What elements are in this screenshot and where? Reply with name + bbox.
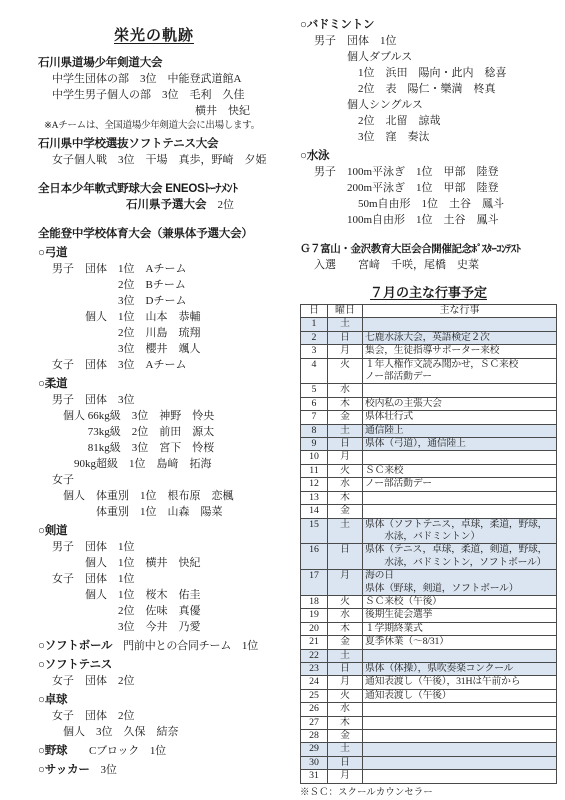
event-cell: 県体（ソフトテニス，卓球，柔道，野球， 水泳，バドミントン） [363, 518, 557, 544]
event-cell [363, 743, 557, 756]
result-line: 73kg級 2位 前田 源太 [38, 424, 300, 440]
result-line: 男子 100m平泳ぎ 1位 甲部 陸登 [300, 164, 557, 180]
weekday-cell: 火 [328, 358, 363, 384]
result-line: 3位 窪 奏汰 [300, 129, 557, 145]
weekday-cell: 日 [328, 662, 363, 675]
result-line: 90kg超級 1位 島﨑 拓海 [38, 456, 300, 472]
result-section: ○ソフトボール 門前中との合同チーム 1位 [38, 638, 300, 654]
day-cell: 20 [301, 622, 328, 635]
weekday-cell: 火 [328, 689, 363, 702]
weekday-cell: 火 [328, 595, 363, 608]
schedule-row: 5水 [301, 384, 557, 397]
day-cell: 29 [301, 743, 328, 756]
result-line: 中学生団体の部 3位 中能登武道館A [38, 71, 300, 87]
left-sections: 石川県道場少年剣道大会中学生団体の部 3位 中能登武道館A中学生男子個人の部 3… [38, 55, 300, 778]
result-line: 女子 団体 2位 [38, 708, 300, 724]
event-cell [363, 505, 557, 518]
result-line: 3位 櫻井 颯人 [38, 341, 300, 357]
event-cell: 通信陸上 [363, 424, 557, 437]
weekday-cell: 土 [328, 424, 363, 437]
result-section: ○野球 Cブロック 1位 [38, 743, 300, 759]
event-cell: 後期生徒会選挙 [363, 609, 557, 622]
weekday-cell: 月 [328, 451, 363, 464]
day-cell: 18 [301, 595, 328, 608]
right-sections: ○バドミントン男子 団体 1位 個人ダブルス 1位 浜田 陽向・此内 稔喜 2位… [300, 17, 557, 273]
weekday-cell: 土 [328, 518, 363, 544]
schedule-row: 8土通信陸上 [301, 424, 557, 437]
day-cell: 24 [301, 676, 328, 689]
day-cell: 12 [301, 478, 328, 491]
day-cell: 27 [301, 716, 328, 729]
day-cell: 13 [301, 491, 328, 504]
section-heading: ○ソフトボール 門前中との合同チーム 1位 [38, 638, 300, 654]
result-section: ○剣道男子 団体 1位 個人 1位 横井 快紀女子 団体 1位 個人 1位 桜木… [38, 523, 300, 635]
event-cell [363, 384, 557, 397]
result-line: 個人 3位 久保 結奈 [38, 724, 300, 740]
schedule-row: 7金県体壮行式 [301, 411, 557, 424]
schedule-footnote: ※ＳＣ：スクールカウンセラー [300, 786, 557, 800]
result-line: 入選 宮﨑 千咲，尾橋 史菜 [300, 257, 557, 273]
day-cell: 19 [301, 609, 328, 622]
day-cell: 3 [301, 345, 328, 358]
result-line: 2位 川島 琉翔 [38, 325, 300, 341]
schedule-row: 19水後期生徒会選挙 [301, 609, 557, 622]
schedule-row: 13木 [301, 491, 557, 504]
day-cell: 5 [301, 384, 328, 397]
section-inline-result: 門前中との合同チーム 1位 [112, 640, 258, 652]
result-line: 個人ダブルス [300, 49, 557, 65]
schedule-row: 18火ＳＣ来校（午後） [301, 595, 557, 608]
schedule-row: 16日県体（テニス，卓球，柔道，剣道，野球， 水泳，バドミントン，ソフトボール） [301, 544, 557, 570]
weekday-cell: 月 [328, 770, 363, 783]
result-section: 全日本少年軟式野球大会 ENEOSﾄｰﾅﾒﾝﾄ石川県予選大会 2位 [38, 181, 300, 213]
day-cell: 2 [301, 331, 328, 344]
weekday-cell: 木 [328, 716, 363, 729]
schedule-row: 22土 [301, 649, 557, 662]
result-line: 個人 1位 横井 快紀 [38, 555, 300, 571]
schedule-row: 28金 [301, 730, 557, 743]
event-cell [363, 318, 557, 331]
day-cell: 17 [301, 570, 328, 596]
event-cell: 県体（テニス，卓球，柔道，剣道，野球， 水泳，バドミントン，ソフトボール） [363, 544, 557, 570]
weekday-cell: 土 [328, 649, 363, 662]
event-cell [363, 703, 557, 716]
weekday-cell: 金 [328, 730, 363, 743]
weekday-cell: 木 [328, 622, 363, 635]
result-section: ○弓道男子 団体 1位 Aチーム 2位 Bチーム 3位 Dチーム 個人 1位 山… [38, 245, 300, 373]
weekday-cell: 水 [328, 384, 363, 397]
result-line: 100m自由形 1位 土谷 鳳斗 [300, 212, 557, 228]
newsletter-page: 栄光の軌跡 石川県道場少年剣道大会中学生団体の部 3位 中能登武道館A中学生男子… [0, 0, 565, 800]
event-cell [363, 451, 557, 464]
result-section: ○バドミントン男子 団体 1位 個人ダブルス 1位 浜田 陽向・此内 稔喜 2位… [300, 17, 557, 145]
result-line: 男子 団体 3位 [38, 392, 300, 408]
day-cell: 21 [301, 636, 328, 649]
schedule-row: 26水 [301, 703, 557, 716]
result-line: 中学生男子個人の部 3位 毛利 久佳 [38, 87, 300, 103]
schedule-row: 15土県体（ソフトテニス，卓球，柔道，野球， 水泳，バドミントン） [301, 518, 557, 544]
weekday-cell: 火 [328, 464, 363, 477]
weekday-cell: 月 [328, 345, 363, 358]
result-line: 女子 団体 2位 [38, 673, 300, 689]
day-cell: 22 [301, 649, 328, 662]
event-cell: 県体壮行式 [363, 411, 557, 424]
day-cell: 14 [301, 505, 328, 518]
result-line: 1位 浜田 陽向・此内 稔喜 [300, 65, 557, 81]
schedule-body: 1土2日七鹿水泳大会，英語検定２次3月集会，生徒指導サポーター来校4火１年人権作… [301, 318, 557, 783]
day-cell: 8 [301, 424, 328, 437]
weekday-cell: 水 [328, 703, 363, 716]
day-cell: 23 [301, 662, 328, 675]
section-heading: ○水泳 [300, 148, 557, 164]
day-cell: 15 [301, 518, 328, 544]
section-heading: 石川県道場少年剣道大会 [38, 55, 300, 71]
result-line: 男子 団体 1位 Aチーム [38, 261, 300, 277]
day-cell: 7 [301, 411, 328, 424]
schedule-row: 10月 [301, 451, 557, 464]
event-cell: 七鹿水泳大会，英語検定２次 [363, 331, 557, 344]
result-line: 2位 佐味 真優 [38, 603, 300, 619]
section-inline-result: Cブロック 1位 [67, 745, 166, 757]
section-heading: 全日本少年軟式野球大会 ENEOSﾄｰﾅﾒﾝﾄ [38, 181, 300, 197]
section-heading: ○弓道 [38, 245, 300, 261]
section-heading: ○柔道 [38, 376, 300, 392]
result-line: 男子 団体 1位 [300, 33, 557, 49]
result-section: ○柔道男子 団体 3位 個人 66kg級 3位 神野 怜央 73kg級 2位 前… [38, 376, 300, 520]
weekday-cell: 日 [328, 438, 363, 451]
weekday-cell: 日 [328, 756, 363, 769]
schedule-row: 12水ノー部活動デー [301, 478, 557, 491]
schedule-row: 20木１学期終業式 [301, 622, 557, 635]
day-cell: 6 [301, 397, 328, 410]
schedule-row: 31月 [301, 770, 557, 783]
section-heading: ○剣道 [38, 523, 300, 539]
section-heading: 全能登中学校体育大会（兼県体予選大会） [38, 226, 300, 242]
day-cell: 25 [301, 689, 328, 702]
result-line: 個人 1位 桜木 佑圭 [38, 587, 300, 603]
day-cell: 10 [301, 451, 328, 464]
section-subheading: 石川県予選大会 2位 [38, 197, 300, 213]
result-section: ○サッカー 3位 [38, 762, 300, 778]
results-left-column: 栄光の軌跡 石川県道場少年剣道大会中学生団体の部 3位 中能登武道館A中学生男子… [12, 8, 300, 800]
result-line: 3位 今井 乃愛 [38, 619, 300, 635]
day-cell: 4 [301, 358, 328, 384]
result-line: 2位 表 陽仁・樂満 柊真 [300, 81, 557, 97]
result-line: 女子 団体 1位 [38, 571, 300, 587]
weekday-column-header: 曜日 [328, 305, 363, 318]
weekday-cell: 日 [328, 331, 363, 344]
day-column-header: 日 [301, 305, 328, 318]
event-column-header: 主な行事 [363, 305, 557, 318]
weekday-cell: 月 [328, 676, 363, 689]
day-cell: 11 [301, 464, 328, 477]
result-line: 3位 Dチーム [38, 293, 300, 309]
day-cell: 31 [301, 770, 328, 783]
section-heading: 石川県中学校選抜ソフトテニス大会 [38, 136, 300, 152]
result-line: 200m平泳ぎ 1位 甲部 陸登 [300, 180, 557, 196]
event-cell: 県体（体操），県吹奏楽コンクール [363, 662, 557, 675]
day-cell: 30 [301, 756, 328, 769]
result-section: 石川県中学校選抜ソフトテニス大会女子個人戦 3位 干場 真歩，野崎 夕姫 [38, 136, 300, 168]
schedule-row: 25火通知表渡し（午後） [301, 689, 557, 702]
event-cell: ノー部活動デー [363, 478, 557, 491]
event-cell: １学期終業式 [363, 622, 557, 635]
section-heading: ○野球 Cブロック 1位 [38, 743, 300, 759]
day-cell: 16 [301, 544, 328, 570]
note-text: ※Aチームは、全国道場少年剣道大会に出場します。 [38, 119, 300, 133]
results-right-column: ○バドミントン男子 団体 1位 個人ダブルス 1位 浜田 陽向・此内 稔喜 2位… [300, 8, 557, 800]
weekday-cell: 土 [328, 743, 363, 756]
section-heading: ○ソフトテニス [38, 657, 300, 673]
schedule-header-row: 日 曜日 主な行事 [301, 305, 557, 318]
schedule-row: 6木校内私の主張大会 [301, 397, 557, 410]
schedule-row: 2日七鹿水泳大会，英語検定２次 [301, 331, 557, 344]
section-inline-result: 3位 [90, 764, 117, 776]
section-heading: ○卓球 [38, 692, 300, 708]
event-cell [363, 649, 557, 662]
schedule-row: 24月通知表渡し（午後），31Hは午前から [301, 676, 557, 689]
result-line: 体重別 1位 山森 陽菜 [38, 504, 300, 520]
result-line: 個人 体重別 1位 根布原 恋楓 [38, 488, 300, 504]
result-line: 50m自由形 1位 土谷 鳳斗 [300, 196, 557, 212]
day-cell: 26 [301, 703, 328, 716]
weekday-cell: 土 [328, 318, 363, 331]
result-line: 個人シングルス [300, 97, 557, 113]
schedule-row: 3月集会，生徒指導サポーター来校 [301, 345, 557, 358]
result-section: ○水泳男子 100m平泳ぎ 1位 甲部 陸登 200m平泳ぎ 1位 甲部 陸登 … [300, 148, 557, 228]
result-section: 全能登中学校体育大会（兼県体予選大会） [38, 226, 300, 242]
schedule-row: 30日 [301, 756, 557, 769]
event-cell: 集会，生徒指導サポーター来校 [363, 345, 557, 358]
weekday-cell: 月 [328, 570, 363, 596]
result-section: ○卓球女子 団体 2位 個人 3位 久保 結奈 [38, 692, 300, 740]
schedule-row: 4火１年人権作文読み聞かせ，ＳＣ来校 ノー部活動デー [301, 358, 557, 384]
result-line: 女子 団体 3位 Aチーム [38, 357, 300, 373]
weekday-cell: 水 [328, 609, 363, 622]
section-heading: Ｇ７富山・金沢教育大臣会合開催記念ﾎﾟｽﾀｰｺﾝﾃｽﾄ [300, 241, 557, 257]
event-cell [363, 730, 557, 743]
weekday-cell: 日 [328, 544, 363, 570]
schedule-row: 9日県体（弓道），通信陸上 [301, 438, 557, 451]
day-cell: 28 [301, 730, 328, 743]
event-cell [363, 770, 557, 783]
result-section: Ｇ７富山・金沢教育大臣会合開催記念ﾎﾟｽﾀｰｺﾝﾃｽﾄ入選 宮﨑 千咲，尾橋 史… [300, 241, 557, 273]
event-cell [363, 716, 557, 729]
result-line: 女子個人戦 3位 干場 真歩，野崎 夕姫 [38, 152, 300, 168]
event-cell: 海の日 県体（野球，剣道，ソフトボール） [363, 570, 557, 596]
schedule-row: 23日県体（体操），県吹奏楽コンクール [301, 662, 557, 675]
schedule-row: 27木 [301, 716, 557, 729]
weekday-cell: 水 [328, 478, 363, 491]
schedule-row: 29土 [301, 743, 557, 756]
event-cell: 夏季休業（～8/31） [363, 636, 557, 649]
schedule-row: 17月海の日 県体（野球，剣道，ソフトボール） [301, 570, 557, 596]
schedule-table: 日 曜日 主な行事 1土2日七鹿水泳大会，英語検定２次3月集会，生徒指導サポータ… [300, 304, 557, 784]
weekday-cell: 金 [328, 411, 363, 424]
schedule-row: 14金 [301, 505, 557, 518]
result-section: 石川県道場少年剣道大会中学生団体の部 3位 中能登武道館A中学生男子個人の部 3… [38, 55, 300, 133]
event-cell: 通知表渡し（午後），31Hは午前から [363, 676, 557, 689]
event-cell [363, 756, 557, 769]
result-line: 2位 Bチーム [38, 277, 300, 293]
result-line: 個人 66kg級 3位 神野 怜央 [38, 408, 300, 424]
schedule-row: 21金夏季休業（～8/31） [301, 636, 557, 649]
result-line: 2位 北留 諒哉 [300, 113, 557, 129]
page-title: 栄光の軌跡 [38, 24, 270, 45]
weekday-cell: 木 [328, 397, 363, 410]
event-cell: 県体（弓道），通信陸上 [363, 438, 557, 451]
weekday-cell: 木 [328, 491, 363, 504]
result-line: 81kg級 3位 宮下 怜桜 [38, 440, 300, 456]
event-cell: ＳＣ来校 [363, 464, 557, 477]
event-cell [363, 491, 557, 504]
schedule-row: 1土 [301, 318, 557, 331]
event-cell: 通知表渡し（午後） [363, 689, 557, 702]
event-cell: ＳＣ来校（午後） [363, 595, 557, 608]
result-line: 個人 1位 山本 恭輔 [38, 309, 300, 325]
result-line: 女子 [38, 472, 300, 488]
event-cell: １年人権作文読み聞かせ，ＳＣ来校 ノー部活動デー [363, 358, 557, 384]
section-heading: ○バドミントン [300, 17, 557, 33]
subheading-bold: 石川県予選大会 [126, 199, 207, 211]
result-line: 男子 団体 1位 [38, 539, 300, 555]
day-cell: 1 [301, 318, 328, 331]
schedule-title: ７月の主な行事予定 [300, 282, 557, 301]
result-section: ○ソフトテニス女子 団体 2位 [38, 657, 300, 689]
day-cell: 9 [301, 438, 328, 451]
schedule-row: 11火ＳＣ来校 [301, 464, 557, 477]
result-line: 横井 快紀 [38, 103, 300, 119]
weekday-cell: 金 [328, 505, 363, 518]
event-cell: 校内私の主張大会 [363, 397, 557, 410]
subheading-result: 2位 [207, 199, 235, 211]
section-heading: ○サッカー 3位 [38, 762, 300, 778]
weekday-cell: 金 [328, 636, 363, 649]
